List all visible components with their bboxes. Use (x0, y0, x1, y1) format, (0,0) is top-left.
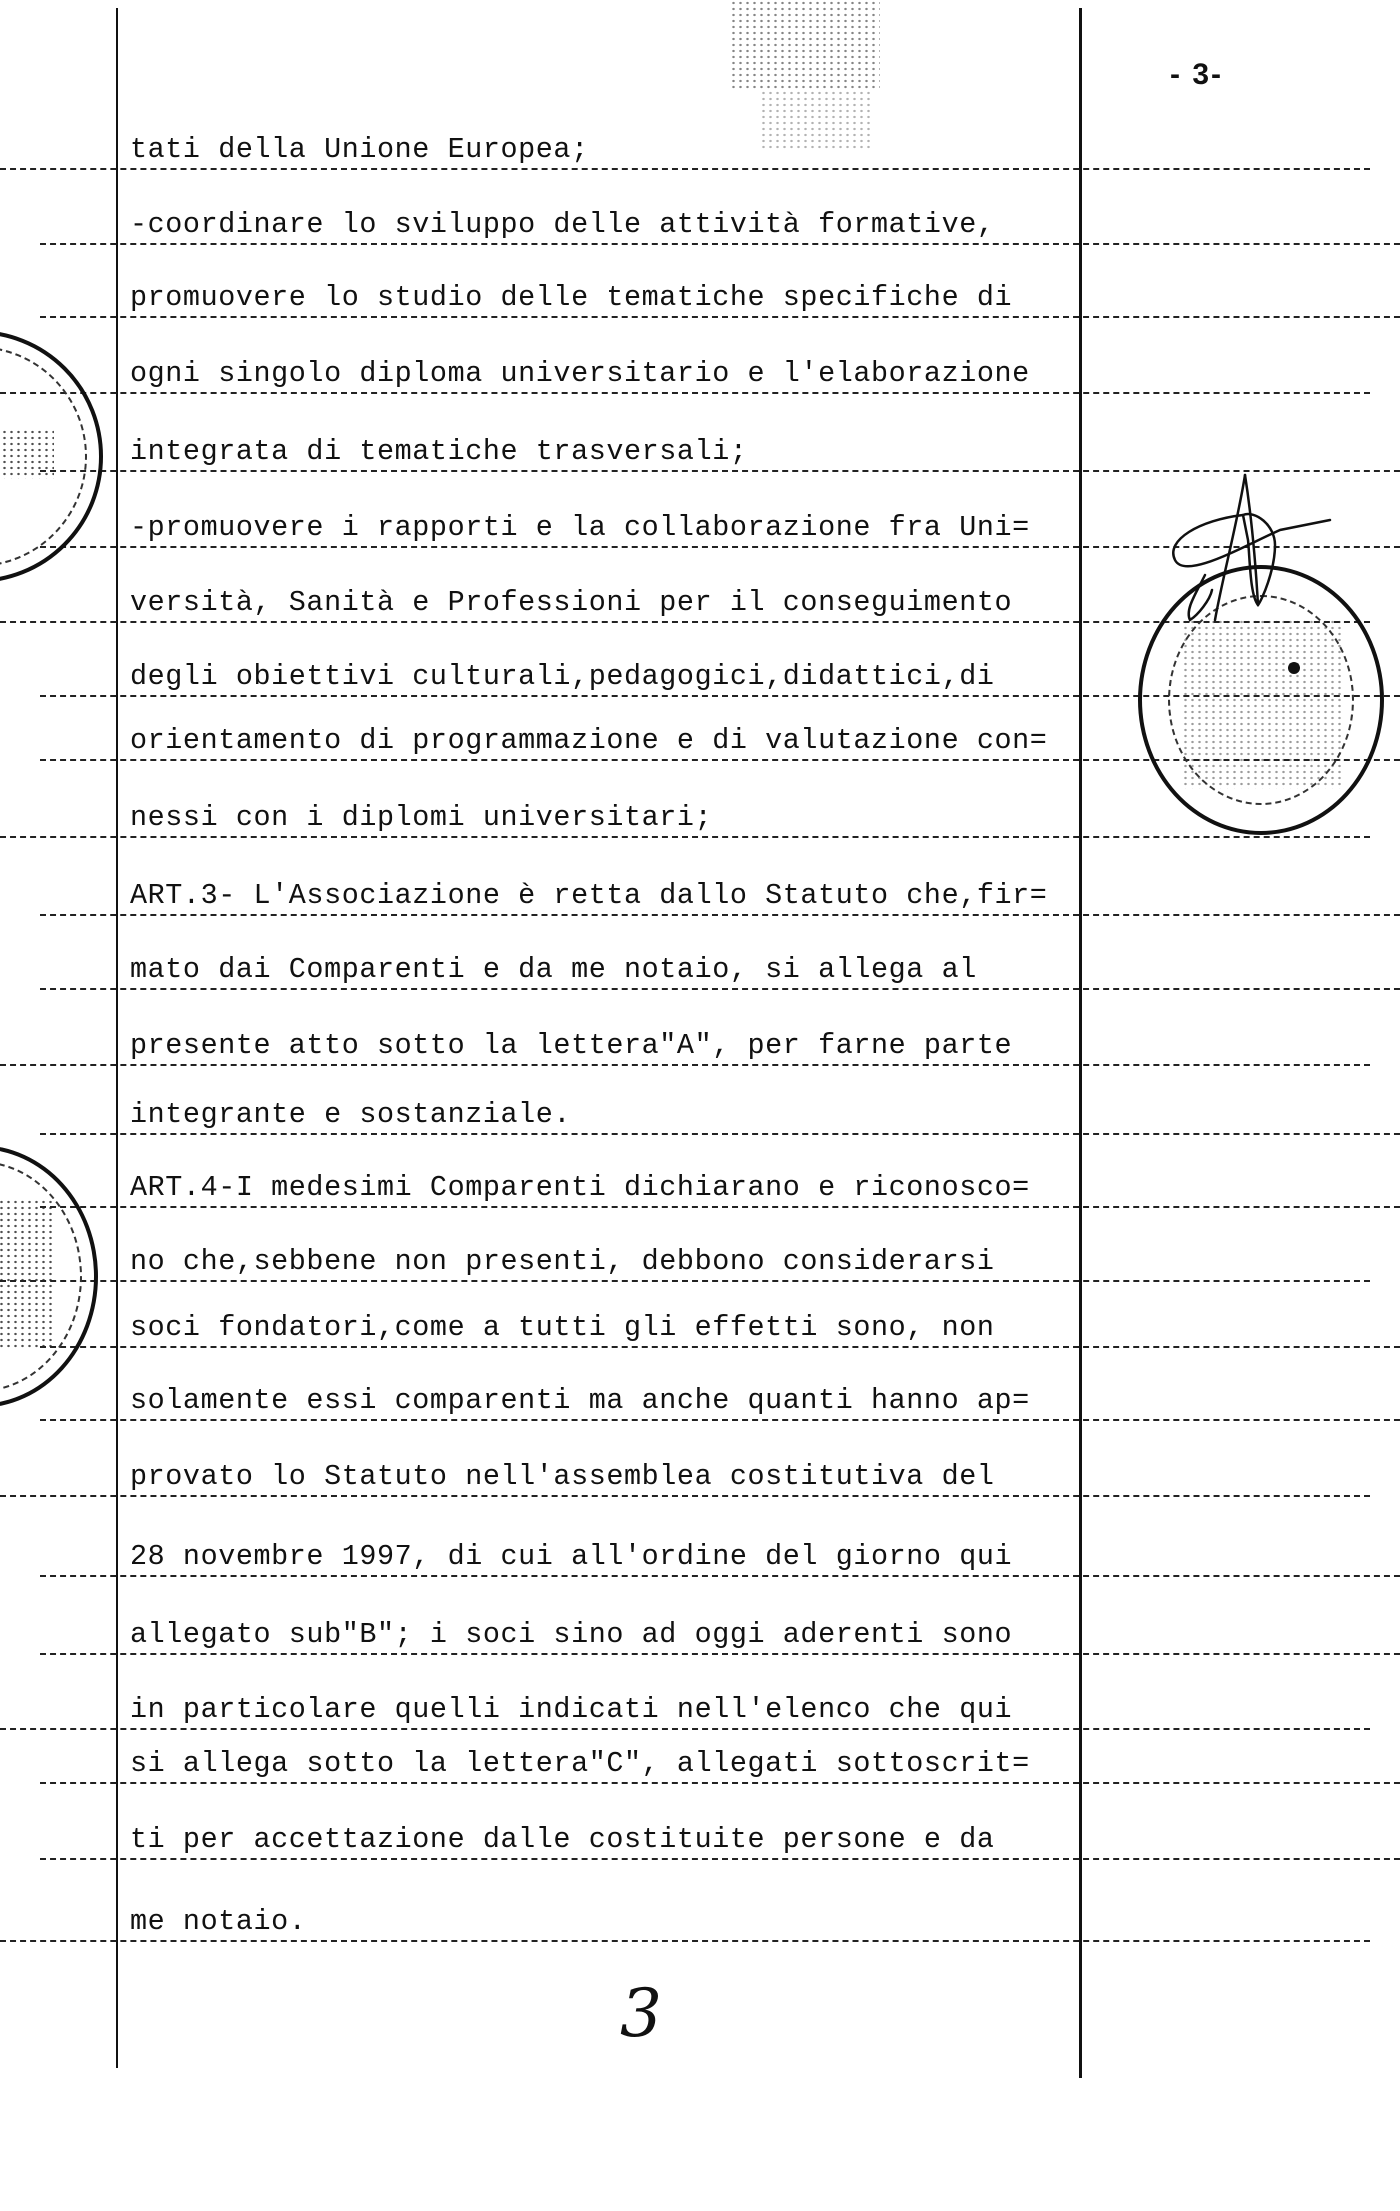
document-page: - 3- tati della Unione Europea; -coordin… (0, 0, 1400, 2211)
notary-signature-icon (0, 0, 1400, 2211)
